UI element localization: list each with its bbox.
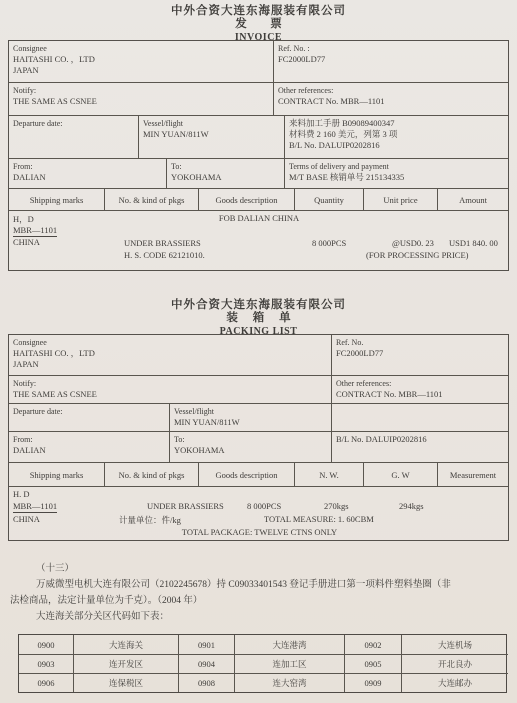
- invoice-marks-line1: H，D: [13, 213, 34, 225]
- other-ref-value: CONTRACT No. MBR—1101: [278, 96, 504, 107]
- code-name-cell: 大连海关: [73, 635, 178, 654]
- consignee-value-line2: JAPAN: [13, 65, 269, 76]
- code-name-cell: 连加工区: [234, 654, 344, 673]
- packing-to-cell: To: YOKOHAMA: [169, 432, 331, 462]
- packing-gross-weight-value2: 294kgs: [399, 501, 424, 511]
- departure-date-label: Departure date:: [13, 118, 134, 129]
- packing-marks-line2: MBR—1101: [13, 501, 57, 511]
- code-cell: 0906: [19, 673, 73, 692]
- vessel-flight-value: MIN YUAN/811W: [143, 129, 280, 140]
- packing-to-label: To:: [174, 434, 327, 445]
- code-name-cell: 连开发区: [73, 654, 178, 673]
- pcol-gross-weight: G. W: [363, 463, 437, 486]
- invoice-row-notify: Notify: THE SAME AS CSNEE Other referenc…: [9, 82, 508, 115]
- packing-row-notify: Notify: THE SAME AS CSNEE Other referenc…: [9, 375, 508, 403]
- code-name-cell: 大连机场: [401, 635, 508, 654]
- packing-company-name: 中外合资大连东海服装有限公司: [0, 299, 517, 312]
- packing-notify-cell: Notify: THE SAME AS CSNEE: [9, 376, 331, 403]
- packing-to-value: YOKOHAMA: [174, 445, 327, 456]
- invoice-price-note: (FOR PROCESSING PRICE): [366, 250, 469, 260]
- terms-value: M/T BASE 核销单号 215134335: [289, 172, 504, 183]
- packing-net-weight-value: 270kgs: [324, 501, 349, 511]
- invoice-marks-line2: MBR—1101: [13, 225, 57, 235]
- packing-row-from-to: From: DALIAN To: YOKOHAMA B/L No. DALUIP…: [9, 431, 508, 462]
- code-cell: 0903: [19, 654, 73, 673]
- packing-from-value: DALIAN: [13, 445, 165, 456]
- packing-body: H. D MBR—1101 CHINA UNDER BRASSIERS 8 00…: [9, 486, 508, 540]
- invoice-body: H，D MBR—1101 CHINA FOB DALIAN CHINA UNDE…: [9, 210, 508, 270]
- pcol-net-weight: N. W.: [294, 463, 363, 486]
- notify-label: Notify:: [13, 85, 269, 96]
- packing-vessel-value: MIN YUAN/811W: [174, 417, 327, 428]
- packing-departure-cell: Departure date:: [9, 404, 169, 431]
- manual-note-line2: 材料费 2 160 美元，列第 3 项: [289, 129, 504, 140]
- packing-vessel-cell: Vessel/flight MIN YUAN/811W: [169, 404, 331, 431]
- invoice-fob-terms: FOB DALIAN CHINA: [159, 213, 359, 223]
- ref-no-label: Ref. No. :: [278, 43, 504, 54]
- invoice-row-departure: Departure date: Vessel/flight MIN YUAN/8…: [9, 115, 508, 158]
- packing-other-value: CONTRACT No. MBR—1101: [336, 389, 504, 400]
- pcol-goods-description: Goods description: [198, 463, 294, 486]
- invoice-table: Consignee HAITASHI CO. ，LTD JAPAN Ref. N…: [8, 40, 509, 271]
- from-value: DALIAN: [13, 172, 162, 183]
- invoice-terms-cell: Terms of delivery and payment M/T BASE 核…: [284, 159, 508, 188]
- invoice-departure-cell: Departure date:: [9, 116, 138, 158]
- invoice-other-ref-cell: Other references: CONTRACT No. MBR—1101: [273, 83, 508, 115]
- packing-measure-line: TOTAL MEASURE: 1. 60CBM: [264, 514, 374, 524]
- packing-vessel-label: Vessel/flight: [174, 406, 327, 417]
- code-cell: 0908: [178, 673, 234, 692]
- to-label: To:: [171, 161, 280, 172]
- packing-from-cell: From: DALIAN: [9, 432, 169, 462]
- packing-departure-label: Departure date:: [13, 406, 165, 417]
- packing-from-label: From:: [13, 434, 165, 445]
- packing-bl-value: B/L No. DALUIP0202816: [336, 434, 504, 445]
- code-name-cell: 大连邮办: [401, 673, 508, 692]
- packing-consignee-line1: HAITASHI CO. ，LTD: [13, 348, 327, 359]
- col-goods-description: Goods description: [198, 189, 294, 210]
- vessel-flight-label: Vessel/flight: [143, 118, 280, 129]
- invoice-title-chinese: 发 票: [0, 18, 517, 31]
- invoice-ref-cell: Ref. No. : FC2000LD77: [273, 41, 508, 82]
- section-13-heading: （十三）: [10, 561, 509, 577]
- invoice-to-cell: To: YOKOHAMA: [166, 159, 284, 188]
- packing-other-label: Other references:: [336, 378, 504, 389]
- packing-goods-value: UNDER BRASSIERS: [147, 501, 224, 511]
- code-cell: 0909: [344, 673, 401, 692]
- invoice-goods-line2: H. S. CODE 62121010.: [124, 250, 205, 260]
- packing-bl-cell: B/L No. DALUIP0202816: [331, 432, 508, 462]
- invoice-header: 中外合资大连东海服装有限公司 发 票 INVOICE: [0, 5, 517, 44]
- col-unit-price: Unit price: [363, 189, 437, 210]
- invoice-quantity-value: 8 000PCS: [312, 238, 346, 248]
- invoice-vessel-cell: Vessel/flight MIN YUAN/811W: [138, 116, 284, 158]
- invoice-manual-note-cell: 来料加工手册 B09089400347 材料费 2 160 美元，列第 3 项 …: [284, 116, 508, 158]
- packing-other-ref-cell: Other references: CONTRACT No. MBR—1101: [331, 376, 508, 403]
- consignee-label: Consignee: [13, 43, 269, 54]
- code-name-cell: 连大窑湾: [234, 673, 344, 692]
- scanned-textbook-page: 中外合资大连东海服装有限公司 发 票 INVOICE Consignee HAI…: [0, 0, 517, 703]
- packing-column-header-row: Shipping marks No. & kind of pkgs Goods …: [9, 462, 508, 486]
- section-13: （十三） 万威微型电机大连有限公司（2102245678）持 C09033401…: [10, 561, 509, 625]
- invoice-row-consignee: Consignee HAITASHI CO. ，LTD JAPAN Ref. N…: [9, 41, 508, 82]
- packing-notify-label: Notify:: [13, 378, 327, 389]
- section-13-table-intro: 大连海关部分关区代码如下表：: [10, 609, 509, 625]
- packing-table: Consignee HAITASHI CO. ，LTD JAPAN Ref. N…: [8, 334, 509, 541]
- invoice-from-cell: From: DALIAN: [9, 159, 166, 188]
- invoice-amount-value: USD1 840. 00: [449, 238, 498, 248]
- packing-unit-line: 计量单位：件/kg: [119, 514, 181, 526]
- consignee-value-line1: HAITASHI CO. ，LTD: [13, 54, 269, 65]
- packing-quantity-value: 8 000PCS: [247, 501, 281, 511]
- notify-value: THE SAME AS CSNEE: [13, 96, 269, 107]
- from-label: From:: [13, 161, 162, 172]
- invoice-company-name: 中外合资大连东海服装有限公司: [0, 5, 517, 18]
- packing-title-chinese: 装 箱 单: [0, 312, 517, 325]
- pcol-shipping-marks: Shipping marks: [9, 463, 104, 486]
- packing-row-consignee: Consignee HAITASHI CO. ，LTD JAPAN Ref. N…: [9, 335, 508, 375]
- code-name-cell: 开北良办: [401, 654, 508, 673]
- invoice-column-header-row: Shipping marks No. & kind of pkgs Goods …: [9, 188, 508, 210]
- ref-no-value: FC2000LD77: [278, 54, 504, 65]
- manual-note-line3: B/L No. DALUIP0202816: [289, 140, 504, 151]
- packing-empty-cell: [331, 404, 508, 431]
- packing-consignee-line2: JAPAN: [13, 359, 327, 370]
- pcol-measurement: Measurement: [437, 463, 508, 486]
- code-cell: 0904: [178, 654, 234, 673]
- code-cell: 0902: [344, 635, 401, 654]
- packing-marks-line1: H. D: [13, 489, 30, 499]
- col-quantity: Quantity: [294, 189, 363, 210]
- invoice-consignee-cell: Consignee HAITASHI CO. ，LTD JAPAN: [9, 41, 273, 82]
- packing-ref-cell: Ref. No. FC2000LD77: [331, 335, 508, 375]
- invoice-unit-price-value: @USD0. 23: [392, 238, 434, 248]
- packing-notify-value: THE SAME AS CSNEE: [13, 389, 327, 400]
- packing-marks-line3: CHINA: [13, 514, 40, 524]
- invoice-notify-cell: Notify: THE SAME AS CSNEE: [9, 83, 273, 115]
- packing-ref-value: FC2000LD77: [336, 348, 504, 359]
- packing-ref-label: Ref. No.: [336, 337, 504, 348]
- to-value: YOKOHAMA: [171, 172, 280, 183]
- packing-row-departure: Departure date: Vessel/flight MIN YUAN/8…: [9, 403, 508, 431]
- invoice-marks-line3: CHINA: [13, 237, 40, 247]
- code-cell: 0901: [178, 635, 234, 654]
- packing-consignee-label: Consignee: [13, 337, 327, 348]
- section-13-para-line2: 法检商品，法定计量单位为千克）。（2004 年）: [10, 593, 509, 609]
- section-13-para-line1: 万威微型电机大连有限公司（2102245678）持 C09033401543 登…: [10, 577, 509, 593]
- customs-codes-table: 0900 大连海关 0901 大连港湾 0902 大连机场 0903 连开发区 …: [18, 634, 507, 693]
- other-ref-label: Other references:: [278, 85, 504, 96]
- code-cell: 0900: [19, 635, 73, 654]
- packing-header: 中外合资大连东海服装有限公司 装 箱 单 PACKING LIST: [0, 299, 517, 338]
- packing-package-line: TOTAL PACKAGE: TWELVE CTNS ONLY: [9, 527, 510, 537]
- invoice-row-from-to: From: DALIAN To: YOKOHAMA Terms of deliv…: [9, 158, 508, 188]
- packing-consignee-cell: Consignee HAITASHI CO. ，LTD JAPAN: [9, 335, 331, 375]
- col-kind-of-pkgs: No. & kind of pkgs: [104, 189, 198, 210]
- code-name-cell: 连保税区: [73, 673, 178, 692]
- terms-label: Terms of delivery and payment: [289, 161, 504, 172]
- invoice-goods-line1: UNDER BRASSIERS: [124, 238, 201, 248]
- pcol-kind-of-pkgs: No. & kind of pkgs: [104, 463, 198, 486]
- col-amount: Amount: [437, 189, 508, 210]
- code-cell: 0905: [344, 654, 401, 673]
- code-name-cell: 大连港湾: [234, 635, 344, 654]
- col-shipping-marks: Shipping marks: [9, 189, 104, 210]
- manual-note-line1: 来料加工手册 B09089400347: [289, 118, 504, 129]
